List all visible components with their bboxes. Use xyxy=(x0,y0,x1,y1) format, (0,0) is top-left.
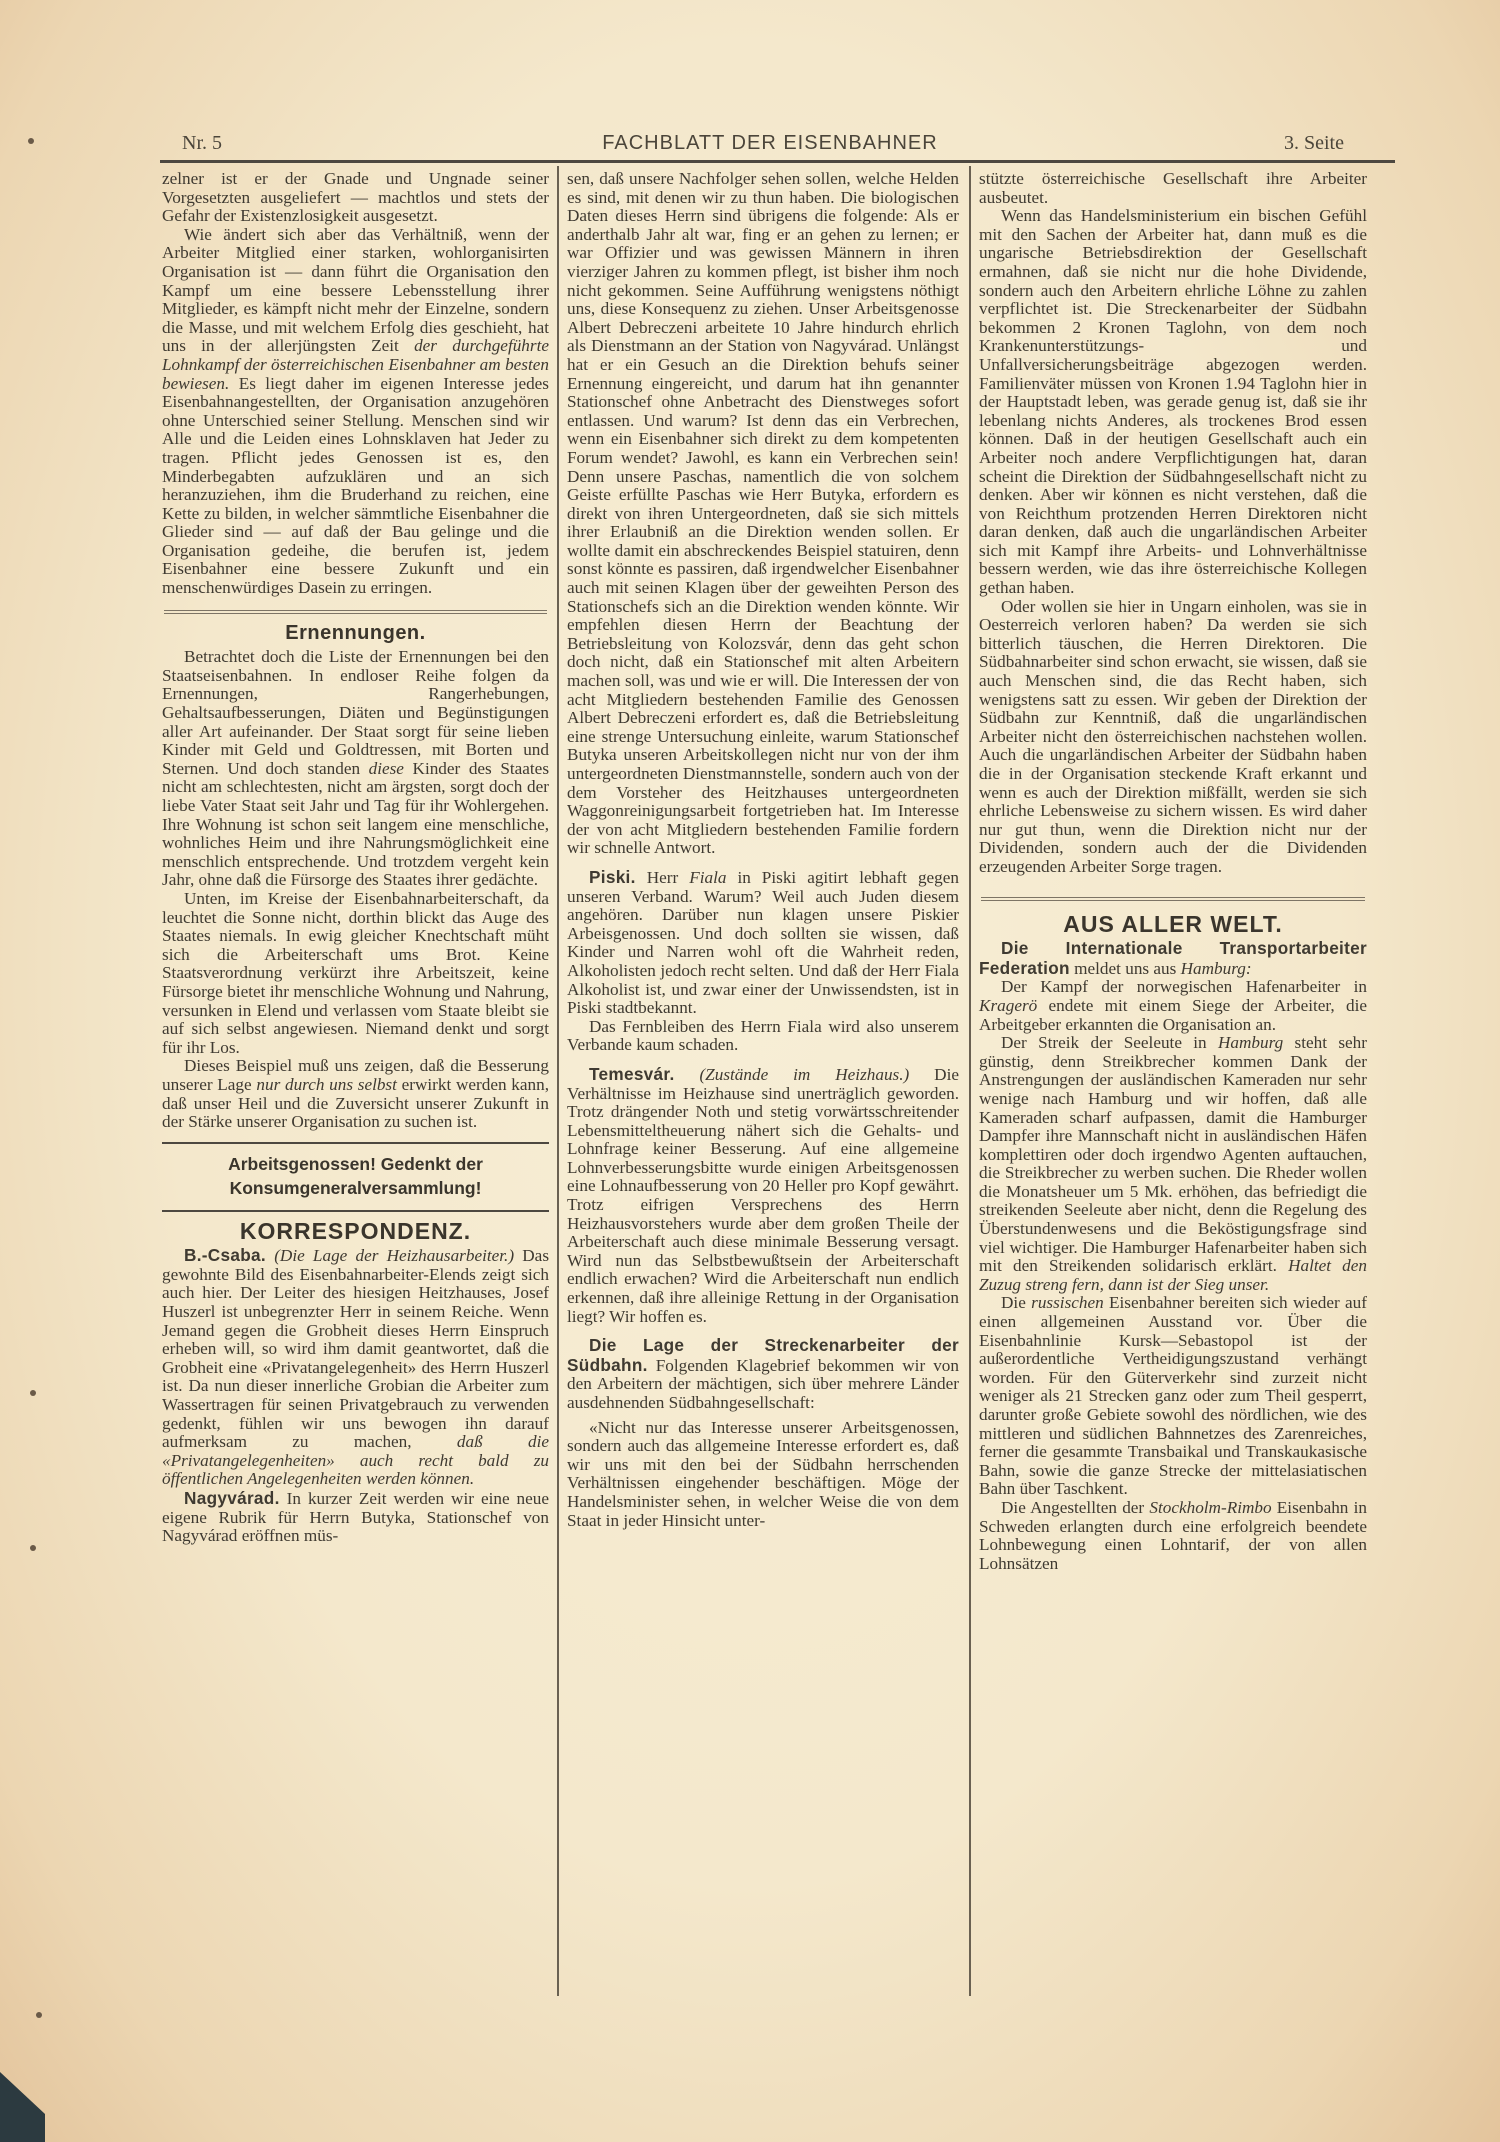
section-divider xyxy=(981,897,1365,901)
paragraph: sen, daß unsere Nachfolger sehen sollen,… xyxy=(567,170,959,858)
scan-corner-shadow xyxy=(0,2072,45,2142)
column-1: zelner ist er der Gnade und Ungnade sein… xyxy=(162,170,549,1546)
section-divider xyxy=(162,1142,549,1144)
page-number: 3. Seite xyxy=(1284,132,1344,155)
paragraph: Unten, im Kreise der Eisenbahnarbeitersc… xyxy=(162,890,549,1057)
header-rule xyxy=(160,160,1395,163)
paragraph: Der Kampf der norwegischen Hafenarbeiter… xyxy=(979,978,1367,1034)
paragraph: Betrachtet doch die Liste der Ernennunge… xyxy=(162,648,549,890)
section-divider xyxy=(164,610,547,614)
itf-intro: Die Internationale Transportarbeiter Fed… xyxy=(979,939,1367,978)
paragraph: Das Fernbleiben des Herrn Fiala wird als… xyxy=(567,1018,959,1055)
report-piski: Piski. Herr Fiala in Piski agitirt lebha… xyxy=(567,868,959,1018)
column-divider xyxy=(969,166,971,1996)
paragraph: Die russischen Eisenbahner bereiten sich… xyxy=(979,1294,1367,1499)
masthead-title: FACHBLATT DER EISENBAHNER xyxy=(160,132,1380,155)
paragraph: Die Angestellten der Stockholm-Rimbo Eis… xyxy=(979,1499,1367,1573)
section-title-ernennungen: Ernennungen. xyxy=(162,624,549,643)
report-csaba: B.-Csaba. (Die Lage der Heizhausarbeiter… xyxy=(162,1246,549,1489)
section-title-aus-aller-welt: AUS ALLER WELT. xyxy=(979,915,1367,934)
paragraph: Dieses Beispiel muß uns zeigen, daß die … xyxy=(162,1057,549,1131)
section-divider xyxy=(162,1210,549,1212)
report-suedbahn: Die Lage der Streckenarbeiter der Südbah… xyxy=(567,1336,959,1412)
quote-letter: «Nicht nur das Interesse unserer Arbeits… xyxy=(567,1419,959,1531)
notice-banner: Arbeitsgenossen! Gedenkt der Konsumgener… xyxy=(162,1152,549,1200)
paragraph: Der Streik der Seeleute in Hamburg steht… xyxy=(979,1034,1367,1294)
paper-speck xyxy=(36,2012,42,2018)
paragraph: Wenn das Handelsministerium ein bischen … xyxy=(979,207,1367,597)
paragraph: stützte österreichische Gesellschaft ihr… xyxy=(979,170,1367,207)
paper-speck xyxy=(30,1545,36,1551)
paragraph: Oder wollen sie hier in Ungarn einholen,… xyxy=(979,598,1367,877)
column-2: sen, daß unsere Nachfolger sehen sollen,… xyxy=(567,170,959,1530)
paragraph: zelner ist er der Gnade und Ungnade sein… xyxy=(162,170,549,226)
paper-speck xyxy=(28,138,34,144)
page-header: Nr. 5 FACHBLATT DER EISENBAHNER 3. Seite xyxy=(160,132,1380,158)
column-3: stützte österreichische Gesellschaft ihr… xyxy=(979,170,1367,1573)
paragraph: Wie ändert sich aber das Verhältniß, wen… xyxy=(162,226,549,598)
report-temesvar: Temesvár. (Zustände im Heizhaus.) Die Ve… xyxy=(567,1065,959,1326)
paper-speck xyxy=(30,1390,36,1396)
section-title-korrespondenz: KORRESPONDENZ. xyxy=(162,1222,549,1241)
report-nagyvarad: Nagyvárad. In kurzer Zeit werden wir ein… xyxy=(162,1489,549,1546)
column-divider xyxy=(557,166,559,1996)
